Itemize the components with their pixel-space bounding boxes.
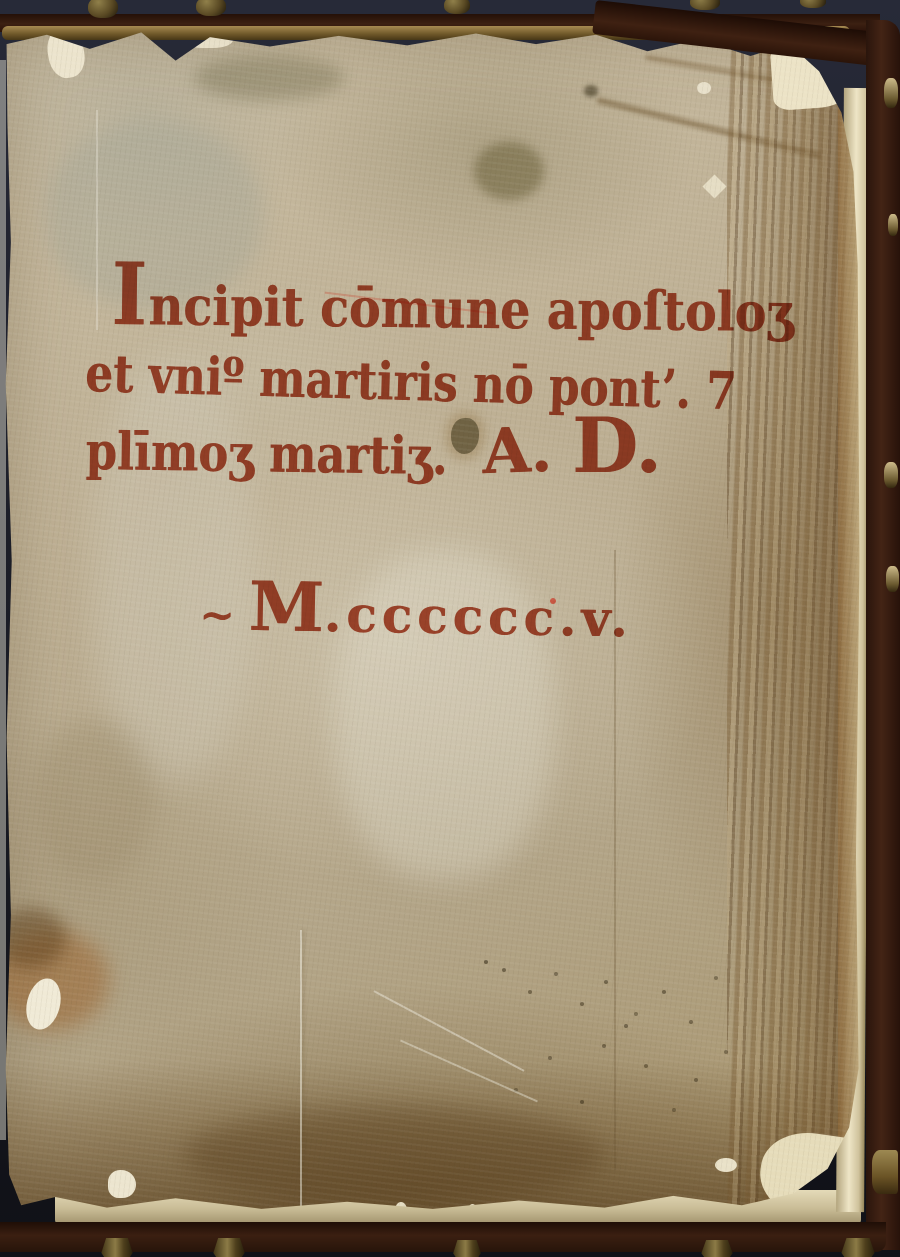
photo-left-edge [0,60,6,1140]
stain-bottom-band [4,1060,862,1210]
rubric-date-initial-m: M [248,573,324,642]
rubric-date-flourish: ~ [199,594,235,637]
crease-vertical-bottom [300,930,302,1230]
binding-stud-right-4 [886,566,899,592]
stain-bottom-center [184,1108,604,1203]
right-edge-streaks [727,30,862,1210]
rubric-date-numerals: .cccccc.v. [323,589,633,644]
manuscript-photo: Incipit cōmune apoſtoloʒ et vniº martiri… [0,0,900,1257]
stain-shadow-midleft [34,720,154,880]
speckle-cluster [484,960,488,964]
fold-ridge-topright-2 [645,55,843,95]
rubric-line-1: Incipit cōmune apoſtoloʒ [111,252,794,345]
binding-stud-top-2 [196,0,226,16]
damage-speck-1 [697,82,711,94]
rubric-initial-a: A. [481,419,553,483]
binding-stud-top-5 [800,0,826,8]
stain-olive-blob [474,142,544,200]
scratch-diagonal-2 [400,1040,538,1103]
damage-patch-bottomleft-2 [108,1170,136,1198]
damage-speck-star [702,174,726,198]
binding-stud-top-1 [88,0,118,18]
rubric-line-1-text: ncipit cōmune apoſtoloʒ [148,278,793,339]
stain-rust-bottomleft [0,930,109,1030]
binding-bottom-edge [0,1222,886,1252]
binding-stud-right-3 [884,462,898,488]
binding-stud-right-1 [884,78,898,108]
fold-ridge-topright-1 [597,97,822,158]
binding-stud-right-2 [888,214,898,236]
binding-stud-top-3 [444,0,470,14]
binding-clasp-right [872,1150,898,1194]
crease-vertical-left [96,110,98,330]
rubric-line-1-initial: I [111,252,147,338]
rubric-date-line: ~M.cccccc.v. [199,572,634,648]
stain-smudge-top [194,55,344,100]
stain-dark-dot [584,85,598,97]
stain-brown-bottomleft [0,908,66,968]
damage-hole-bottomleft [21,975,66,1033]
scratch-diagonal-1 [373,990,524,1072]
binding-right-edge [866,20,900,1250]
rubric-initial-d: D. [572,408,662,484]
parchment-leaf: Incipit cōmune apoſtoloʒ et vniº martiri… [4,30,862,1210]
binding-stud-top-4 [690,0,720,10]
damage-speck-bottomright [715,1158,737,1172]
rubric-line-3: plīmoʒ martiʒ. [85,426,448,483]
stain-ink-spot [451,418,479,454]
